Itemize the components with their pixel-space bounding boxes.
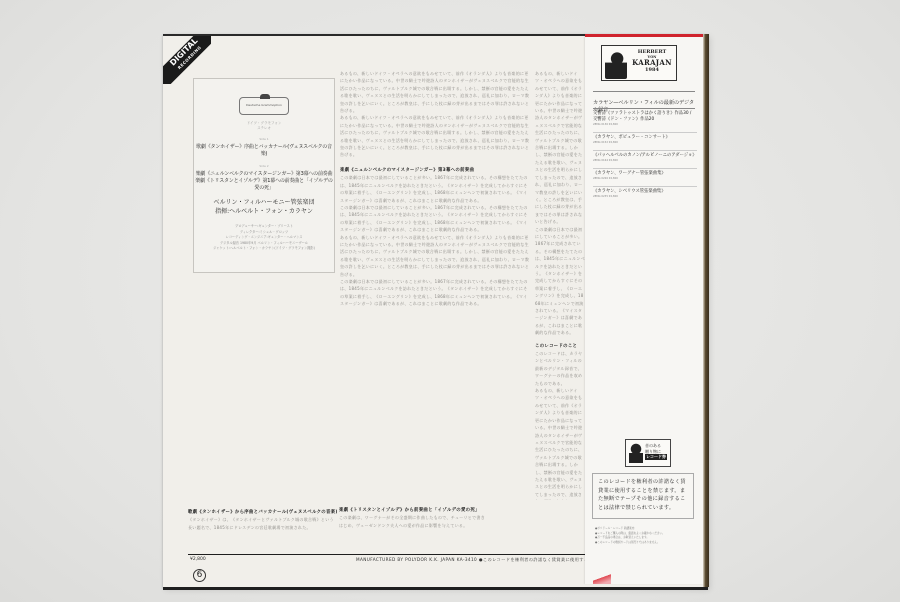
obi-divider bbox=[593, 108, 695, 109]
liner-notes-intro: あるもの、新しいドイツ・オペラへの意欲をもみせていて、前作《オランダ人》よりも音… bbox=[340, 70, 530, 114]
liner-notes-tannhauser: 歌劇《タンホイザー》から序曲とバッカナール(ヴェヌスベルクの音楽) 《タンホイザ… bbox=[188, 509, 338, 531]
liner-notes-column-b: あるもの、新しいドイツ・オペラへの意欲をもみせていて、前作《オランダ人》よりも音… bbox=[535, 70, 585, 500]
liner-notes-meistersinger-cont3: この楽劇は日本では最初にしていることが多い。1867年に完成されている。その構想… bbox=[340, 278, 530, 308]
obi-divider bbox=[593, 91, 695, 92]
obi-red-corner bbox=[593, 574, 611, 584]
obi-strip: HERBERT VON KARAJAN 1984 カラヤン—ベルリン・フィルの最… bbox=[585, 34, 703, 584]
release-item: 《カラヤン、シベリウス管弦楽曲集》 28MG 0235 ¥2,800 bbox=[593, 186, 697, 199]
release-item: 《カラヤン、ポピュラー・コンサート》 28MG 0152 ¥2,800 bbox=[593, 132, 697, 145]
tristan-text: この楽劇は、ワーグナーがその全盛期に作曲したもので、チューリヒで書きはじめ、ヴェ… bbox=[339, 514, 489, 529]
record-gift-certificate-badge: 音のある 贈り物に レコード券 bbox=[625, 439, 671, 467]
dg-logo-icon: Deutsche Grammophon bbox=[239, 97, 289, 115]
liner-notes-intro-cont: あるもの、新しいドイツ・オペラへの意欲をもみせていて、前作《オランダ人》よりも音… bbox=[340, 114, 530, 158]
tannhauser-text: 《タンホイザー》は、《タンホイザーとヴァルトブルク城の歌合戦》という長い題名で、… bbox=[188, 516, 338, 531]
copyright-notice: このレコードを権利者の許諾なく賃貸業に使用することを禁じます。また無断でテープそ… bbox=[592, 473, 694, 519]
liner-notes-this-record: このレコードは、カラヤンとベルリン・フィルの最新のデジタル録音で、ワーグナーの作… bbox=[535, 350, 585, 387]
heading-this-record: このレコードのこと bbox=[535, 343, 585, 350]
liner-notes-meistersinger-cont: この楽劇は日本では最初にしていることが多い。1867年に完成されている。その構想… bbox=[340, 204, 530, 234]
digital-recording-badge: DIGITAL RECORDING bbox=[163, 36, 211, 84]
track-side1-1: 歌劇《タンホイザー》序曲とバッカナール(ヴェヌスベルクの音楽) bbox=[194, 144, 334, 158]
liner-notes-column-a: あるもの、新しいドイツ・オペラへの意欲をもみせていて、前作《オランダ人》よりも音… bbox=[340, 70, 530, 500]
liner-notes-meistersinger-cont2: あるもの、新しいドイツ・オペラへの意欲をもみせていて、前作《オランダ人》よりも音… bbox=[340, 234, 530, 278]
circled-number-mark: 6 bbox=[193, 569, 206, 582]
obi-fine-print: ●ポリドール・レコード 新譜案内 ●レコードをご購入の際は、盤面をよくお確かめく… bbox=[595, 527, 693, 545]
side-one-label: Side 1 bbox=[194, 137, 334, 141]
track-side2-1: 楽劇《ニュルンベルクのマイスタージンガー》第3幕への前奏曲 bbox=[194, 171, 334, 178]
release-item: 交響詩《ツァラトゥストラはかく語りき》作品30 / 交響詩《ドン・ファン》作品2… bbox=[593, 111, 697, 127]
track-side2-2: 楽劇《トリスタンとイゾルデ》第1幕への前奏曲と「イゾルデの愛の死」 bbox=[194, 178, 334, 192]
related-releases-list: 交響詩《ツァラトゥストラはかく語りき》作品30 / 交響詩《ドン・ファン》作品2… bbox=[593, 111, 697, 204]
liner-notes-meistersinger: この楽劇は日本では最初にしていることが多い。1867年に完成されている。その構想… bbox=[340, 174, 530, 204]
jacket-spine bbox=[703, 34, 709, 587]
side-two-label: Side 2 bbox=[194, 164, 334, 168]
conductor-name: 指揮:ヘルベルト・フォン・カラヤン bbox=[194, 207, 334, 216]
heading-meistersinger: 楽劇《ニュルンベルクのマイスタージンガー》第3幕への前奏曲 bbox=[340, 167, 530, 174]
price-label: ¥2,800 bbox=[190, 557, 206, 562]
mascot-icon bbox=[629, 443, 643, 463]
orchestra-name: ベルリン・フィルハーモニー管弦楽団 bbox=[194, 198, 334, 207]
track-listing-card: Deutsche Grammophon ドイツ・グラモフォン ステレオ Side… bbox=[193, 78, 335, 273]
heading-tristan: 楽劇《トリスタンとイゾルデ》から前奏曲と「イゾルデの愛の死」 bbox=[339, 507, 489, 514]
heading-tannhauser: 歌劇《タンホイザー》から序曲とバッカナール(ヴェヌスベルクの音楽) bbox=[188, 509, 338, 516]
release-item: 《パッヘルベルのカノン/アルビノーニのアダージョ》 28MG 0164 ¥2,8… bbox=[593, 150, 697, 163]
karajan-portrait-icon bbox=[605, 49, 627, 79]
jacket-edge bbox=[163, 587, 708, 590]
production-credits: プロデューサー:ギュンター・ブリースト ディレクター:ミシェル・グロッツ レコー… bbox=[194, 224, 334, 252]
karajan-logo: HERBERT VON KARAJAN 1984 bbox=[601, 45, 677, 81]
liner-notes-tristan: 楽劇《トリスタンとイゾルデ》から前奏曲と「イゾルデの愛の死」 この楽劇は、ワーグ… bbox=[339, 507, 489, 529]
release-item: 《カラヤン、ワーグナー管弦楽曲集》 28MG 0226 ¥2,800 bbox=[593, 168, 697, 181]
intro-lines: ドイツ・グラモフォン ステレオ bbox=[194, 121, 334, 131]
